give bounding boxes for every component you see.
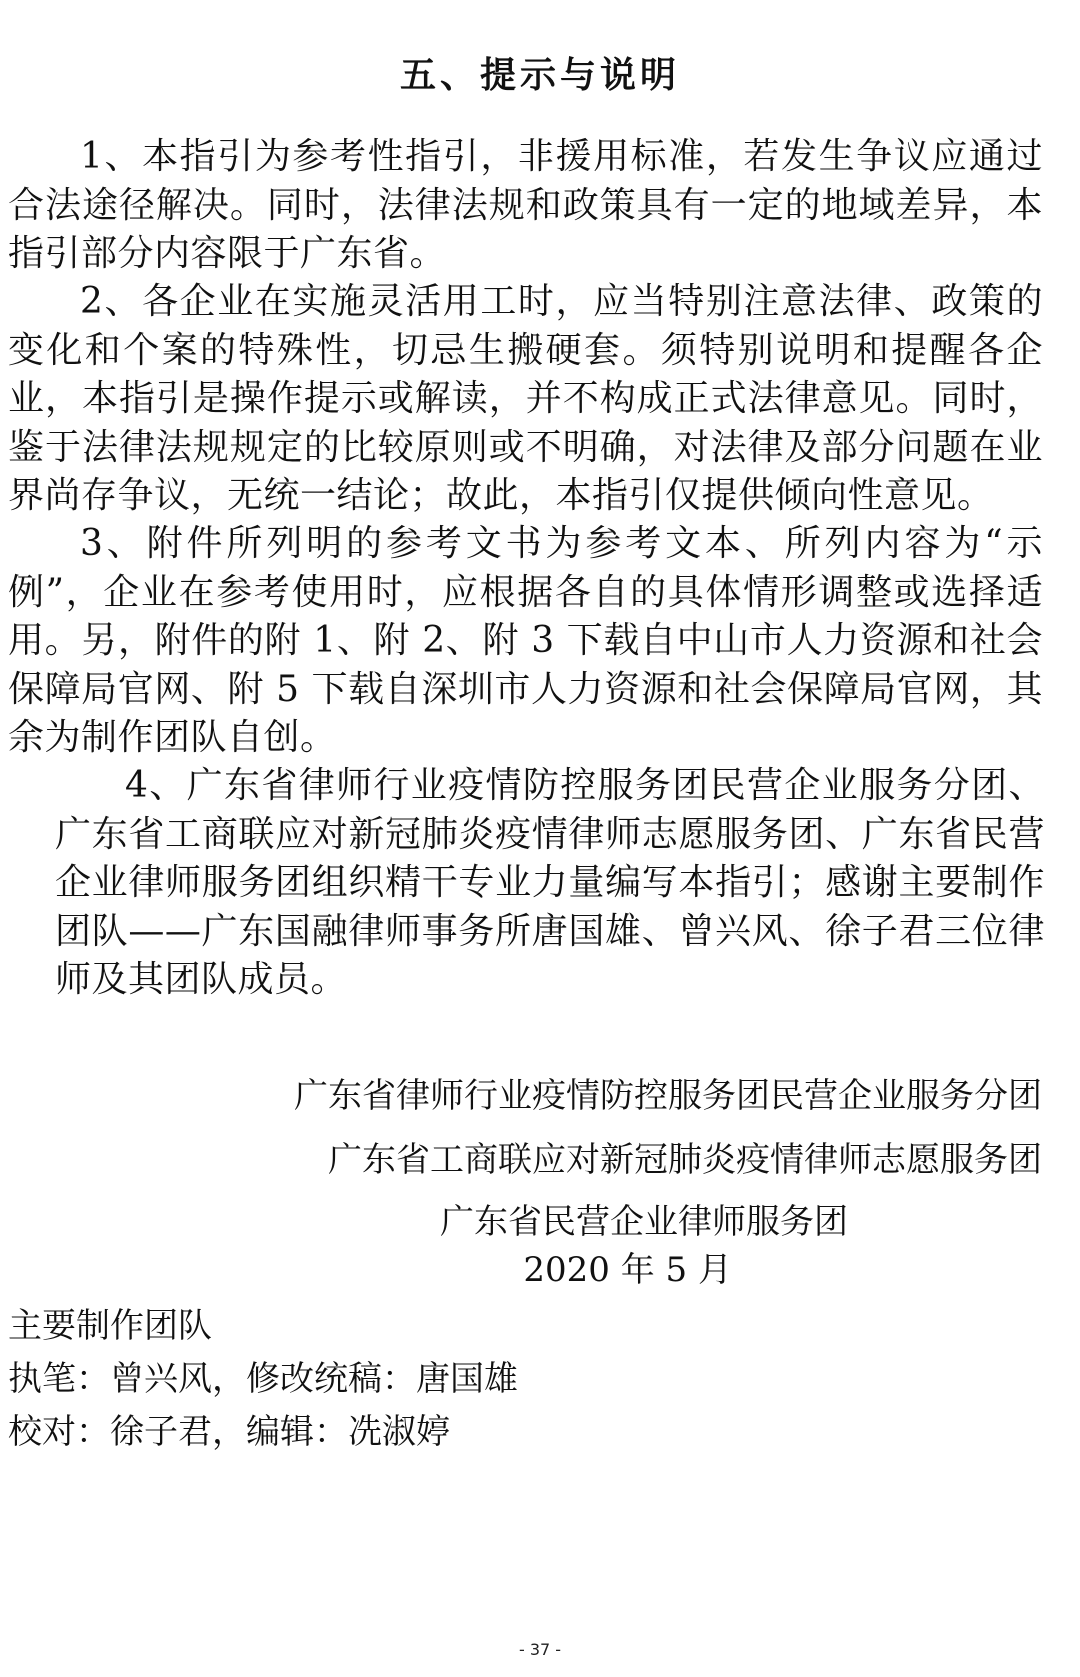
paragraph-4: 4、广东省律师行业疫情防控服务团民营企业服务分团、广东省工商联应对新冠肺炎疫情律…: [55, 762, 1045, 1005]
credits-block: 主要制作团队 执笔：曾兴风，修改统稿：唐国雄 校对：徐子君，编辑：冼淑婷: [8, 1300, 518, 1459]
paragraph-3: 3、附件所列明的参考文书为参考文本、所列内容为“示例”，企业在参考使用时，应根据…: [8, 520, 1043, 763]
credits-writer-editor: 执笔：曾兴风，修改统稿：唐国雄: [8, 1353, 518, 1406]
paragraph-1: 1、本指引为参考性指引，非援用标准，若发生争议应通过合法途径解决。同时，法律法规…: [8, 133, 1043, 279]
signatory-2: 广东省工商联应对新冠肺炎疫情律师志愿服务团: [328, 1136, 1042, 1184]
document-page: 五、提示与说明 1、本指引为参考性指引，非援用标准，若发生争议应通过合法途径解决…: [0, 0, 1080, 1677]
credits-proofreader-editor: 校对：徐子君，编辑：冼淑婷: [8, 1406, 518, 1459]
section-title: 五、提示与说明: [0, 50, 1080, 100]
page-number: - 37 -: [0, 1640, 1080, 1659]
paragraph-2: 2、各企业在实施灵活用工时，应当特别注意法律、政策的变化和个案的特殊性，切忌生搬…: [8, 278, 1043, 521]
signatory-3: 广东省民营企业律师服务团: [440, 1198, 848, 1246]
signature-date: 2020 年 5 月: [523, 1246, 732, 1294]
credits-heading: 主要制作团队: [8, 1300, 518, 1353]
signatory-1: 广东省律师行业疫情防控服务团民营企业服务分团: [294, 1072, 1042, 1120]
